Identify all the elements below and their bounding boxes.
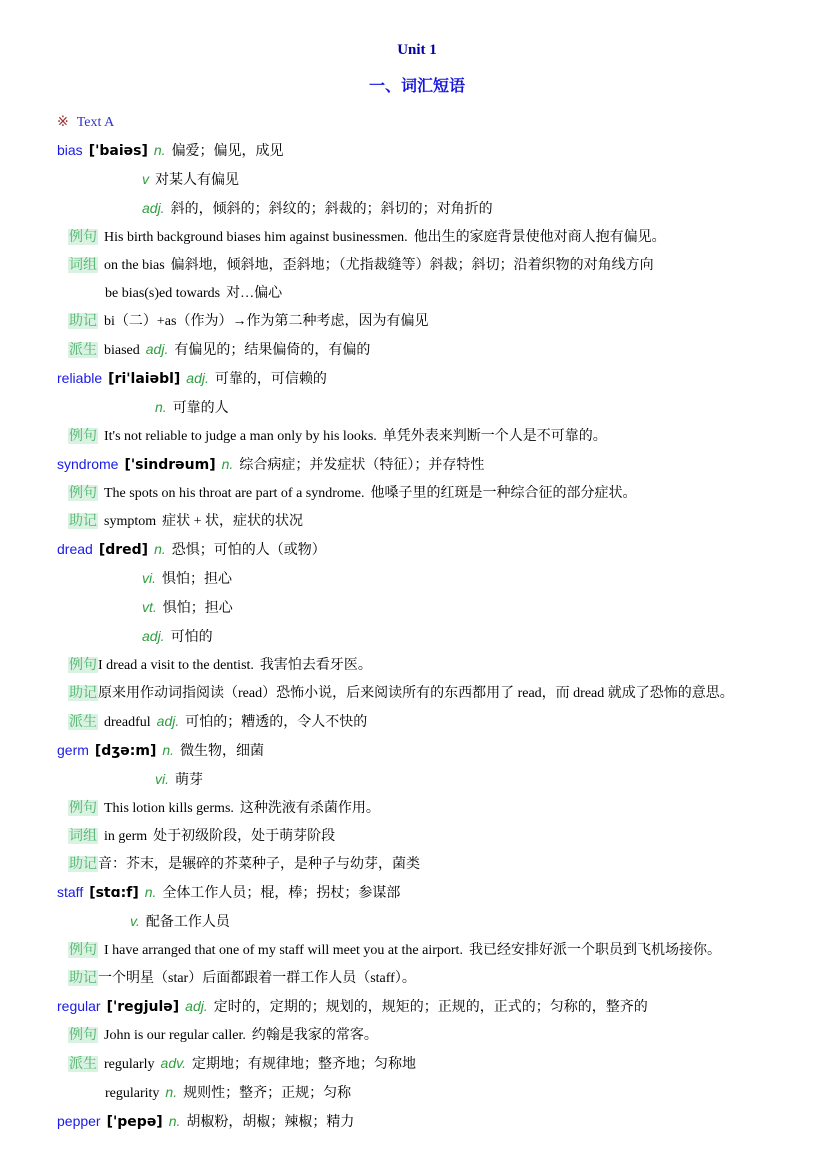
entries-list: bias['baiəs]n.偏爱；偏见，成见v对某人有偏见adj.斜的，倾斜的；… [57,141,777,1132]
note-segment-en: I have arranged that one of my staff wil… [104,943,463,958]
note-segment-zh: 规则性；整齐；正规；匀称 [183,1086,351,1101]
note-segment-zh: 可怕的；糟透的，令人不快的 [185,715,367,730]
note-label: 词组 [68,257,98,273]
headword: syndrome [57,456,118,472]
note-segment-en: be bias(s)ed towards [105,286,220,301]
note-label: 例句 [68,657,98,673]
definition: 可靠的人 [173,401,229,416]
phonetic: [stɑ:f] [89,885,139,901]
sense-row: adj.可怕的 [57,627,777,647]
entry-head-row: pepper['pepə]n.胡椒粉，胡椒；辣椒；精力 [57,1112,777,1132]
note-segment-zh: 定期地；有规律地；整齐地；匀称地 [192,1057,416,1072]
entry-head-row: germ[dʒə:m]n.微生物，细菌 [57,741,777,761]
note-segment-zh: 对…偏心 [226,286,282,301]
pos-tag: vi. [155,771,169,787]
headword: staff [57,884,83,900]
definition: 对某人有偏见 [155,173,239,188]
reference-mark: ※ [57,114,69,130]
definition: 综合病症；并发症状（特征）；并存特性 [239,458,484,473]
dict-entry-dread: dread[dred]n.恐惧；可怕的人（或物）vi.惧怕；担心vt.惧怕；担心… [57,540,777,732]
definition: 恐惧；可怕的人（或物） [172,543,326,558]
note-segment-zh: 单凭外表来判断一个人是不可靠的。 [383,429,607,444]
document-page: Unit 1 一、词汇短语 ※Text A bias['baiəs]n.偏爱；偏… [0,0,827,1151]
sense-row: v.配备工作人员 [57,912,777,932]
note-segment-zh: 他出生的家庭背景使他对商人抱有偏见。 [414,230,666,245]
phonetic: ['sindrəum] [124,457,215,473]
pos-tag: v [142,171,149,187]
note-row: 例句I have arranged that one of my staff w… [57,941,777,960]
headword: bias [57,142,83,158]
definition: 微生物，细菌 [180,744,264,759]
text-a-label: Text A [77,115,115,130]
phonetic: ['pepə] [107,1114,163,1130]
note-segment-en: dreadful [104,715,151,730]
dict-entry-staff: staff[stɑ:f]n.全体工作人员；棍，棒；拐杖；参谋部v.配备工作人员例… [57,883,777,988]
sense-row: vi.萌芽 [57,770,777,790]
definition: 胡椒粉，胡椒；辣椒；精力 [186,1115,354,1130]
note-segment-en: biased [104,343,140,358]
pos-tag: vt. [142,599,157,615]
entry-head-row: dread[dred]n.恐惧；可怕的人（或物） [57,540,777,560]
note-segment-en: on the bias [104,258,165,273]
definition: 可怕的 [171,630,213,645]
note-row: 助记音：芥末，是辗碎的芥菜种子，是种子与幼芽，菌类 [57,855,777,874]
pos-tag: n. [155,399,167,415]
note-segment-pos: adv. [161,1055,186,1071]
note-row: 词组on the bias偏斜地，倾斜地，歪斜地；（尤指裁缝等）斜裁；斜切；沿着… [57,256,777,275]
definition: 配备工作人员 [146,915,230,930]
phonetic: [dred] [99,542,148,558]
note-segment-pos: adj. [157,713,180,729]
note-segment-en: in germ [104,829,147,844]
note-segment-zh: 处于初级阶段，处于萌芽阶段 [153,829,335,844]
entry-head-row: bias['baiəs]n.偏爱；偏见，成见 [57,141,777,161]
note-segment-en: The spots on his throat are part of a sy… [104,486,365,501]
pos-tag: n. [222,456,234,472]
note-label: 助记 [68,685,98,701]
definition: 斜的，倾斜的；斜纹的；斜裁的；斜切的；对角折的 [171,202,493,217]
note-row: 助记原来用作动词指阅读（read）恐怖小说，后来阅读所有的东西都用了 read，… [57,684,777,703]
sense-row: v对某人有偏见 [57,170,777,190]
continuation-row: be bias(s)ed towards对…偏心 [57,284,777,303]
pos-tag: vi. [142,570,156,586]
note-row: 派生dreadfuladj.可怕的；糟透的，令人不快的 [57,712,777,732]
note-label: 例句 [68,800,98,816]
note-segment-en: symptom [104,514,156,529]
note-label: 助记 [68,970,98,986]
definition: 惧怕；担心 [162,572,232,587]
pos-tag: n. [145,884,157,900]
note-segment-zh: 约翰是我家的常客。 [252,1028,378,1043]
entry-head-row: regular['regjulə]adj.定时的，定期的；规划的，规矩的；正规的… [57,997,777,1017]
section-title: 一、词汇短语 [57,76,777,97]
note-row: 词组in germ处于初级阶段，处于萌芽阶段 [57,827,777,846]
note-segment-pos: adj. [146,341,169,357]
definition: 可靠的，可信赖的 [215,372,327,387]
pos-tag: adj. [186,370,209,386]
note-row: 例句The spots on his throat are part of a … [57,484,777,503]
note-label: 助记 [68,513,98,529]
entry-head-row: reliable[ri'laiəbl]adj.可靠的，可信赖的 [57,369,777,389]
note-segment-zh: 我害怕去看牙医。 [260,658,372,673]
pos-tag: n. [162,742,174,758]
text-a-heading: ※Text A [57,113,777,132]
note-segment-zh: 一个明星（star）后面都跟着一群工作人员（staff）。 [98,971,416,986]
pos-tag: n. [154,541,166,557]
note-segment-zh: bi（二）+as（作为）→作为第二种考虑，因为有偏见 [104,314,428,329]
note-label: 词组 [68,828,98,844]
headword: reliable [57,370,102,386]
headword: pepper [57,1113,101,1129]
definition: 全体工作人员；棍，棒；拐杖；参谋部 [162,886,400,901]
note-segment-en: John is our regular caller. [104,1028,246,1043]
note-row: 例句His birth background biases him agains… [57,228,777,247]
note-segment-en: It's not reliable to judge a man only by… [104,429,377,444]
dict-entry-pepper: pepper['pepə]n.胡椒粉，胡椒；辣椒；精力 [57,1112,777,1132]
note-label: 助记 [68,313,98,329]
phonetic: ['baiəs] [89,143,148,159]
sense-row: vi.惧怕；担心 [57,569,777,589]
note-row: 例句I dread a visit to the dentist.我害怕去看牙医… [57,656,777,675]
sense-row: adj.斜的，倾斜的；斜纹的；斜裁的；斜切的；对角折的 [57,199,777,219]
pos-tag: n. [154,142,166,158]
unit-title: Unit 1 [57,41,777,59]
note-label: 例句 [68,229,98,245]
note-row: 助记symptom症状 + 状，症状的状况 [57,512,777,531]
note-segment-zh: 这种洗液有杀菌作用。 [240,801,380,816]
note-segment-en: regularity [105,1086,159,1101]
definition: 偏爱；偏见，成见 [172,144,284,159]
pos-tag: adj. [185,998,208,1014]
phonetic: ['regjulə] [107,999,180,1015]
note-label: 派生 [68,714,98,730]
pos-tag: v. [130,913,140,929]
note-row: 例句It's not reliable to judge a man only … [57,427,777,446]
note-segment-en: I dread a visit to the dentist. [98,658,254,673]
phonetic: [ri'laiəbl] [108,371,180,387]
note-segment-zh: 症状 + 状，症状的状况 [162,514,303,529]
dict-entry-germ: germ[dʒə:m]n.微生物，细菌vi.萌芽例句This lotion ki… [57,741,777,874]
note-segment-zh: 音：芥末，是辗碎的芥菜种子，是种子与幼芽，菌类 [98,857,420,872]
note-row: 例句John is our regular caller.约翰是我家的常客。 [57,1026,777,1045]
note-label: 派生 [68,342,98,358]
dict-entry-regular: regular['regjulə]adj.定时的，定期的；规划的，规矩的；正规的… [57,997,777,1103]
note-row: 例句This lotion kills germs.这种洗液有杀菌作用。 [57,799,777,818]
note-label: 派生 [68,1056,98,1072]
entry-head-row: staff[stɑ:f]n.全体工作人员；棍，棒；拐杖；参谋部 [57,883,777,903]
definition: 惧怕；担心 [163,601,233,616]
note-segment-en: regularly [104,1057,155,1072]
note-label: 例句 [68,942,98,958]
note-segment-en: This lotion kills germs. [104,801,234,816]
note-segment-en: His birth background biases him against … [104,230,408,245]
dict-entry-reliable: reliable[ri'laiəbl]adj.可靠的，可信赖的n.可靠的人例句I… [57,369,777,446]
definition: 萌芽 [175,773,203,788]
headword: dread [57,541,93,557]
note-segment-zh: 他嗓子里的红斑是一种综合征的部分症状。 [371,486,637,501]
headword: regular [57,998,101,1014]
phonetic: [dʒə:m] [95,743,156,759]
note-row: 派生regularlyadv.定期地；有规律地；整齐地；匀称地 [57,1054,777,1074]
pos-tag: adj. [142,628,165,644]
note-label: 助记 [68,856,98,872]
pos-tag: adj. [142,200,165,216]
sense-row: vt.惧怕；担心 [57,598,777,618]
note-segment-zh: 原来用作动词指阅读（read）恐怖小说，后来阅读所有的东西都用了 read，而 … [98,686,734,701]
dict-entry-syndrome: syndrome['sindrəum]n.综合病症；并发症状（特征）；并存特性例… [57,455,777,531]
note-label: 例句 [68,1027,98,1043]
note-segment-zh: 我已经安排好派一个职员到飞机场接你。 [469,943,721,958]
note-row: 派生biasedadj.有偏见的；结果偏倚的，有偏的 [57,340,777,360]
pos-tag: n. [169,1113,181,1129]
note-segment-zh: 偏斜地，倾斜地，歪斜地；（尤指裁缝等）斜裁；斜切；沿着织物的对角线方向 [171,258,654,273]
definition: 定时的，定期的；规划的，规矩的；正规的，正式的；匀称的，整齐的 [214,1000,648,1015]
entry-head-row: syndrome['sindrəum]n.综合病症；并发症状（特征）；并存特性 [57,455,777,475]
continuation-row: regularityn.规则性；整齐；正规；匀称 [57,1083,777,1103]
dict-entry-bias: bias['baiəs]n.偏爱；偏见，成见v对某人有偏见adj.斜的，倾斜的；… [57,141,777,360]
note-label: 例句 [68,428,98,444]
note-segment-pos: n. [165,1084,177,1100]
note-row: 助记一个明星（star）后面都跟着一群工作人员（staff）。 [57,969,777,988]
note-segment-zh: 有偏见的；结果偏倚的，有偏的 [174,343,370,358]
headword: germ [57,742,89,758]
note-row: 助记bi（二）+as（作为）→作为第二种考虑，因为有偏见 [57,312,777,331]
sense-row: n.可靠的人 [57,398,777,418]
note-label: 例句 [68,485,98,501]
